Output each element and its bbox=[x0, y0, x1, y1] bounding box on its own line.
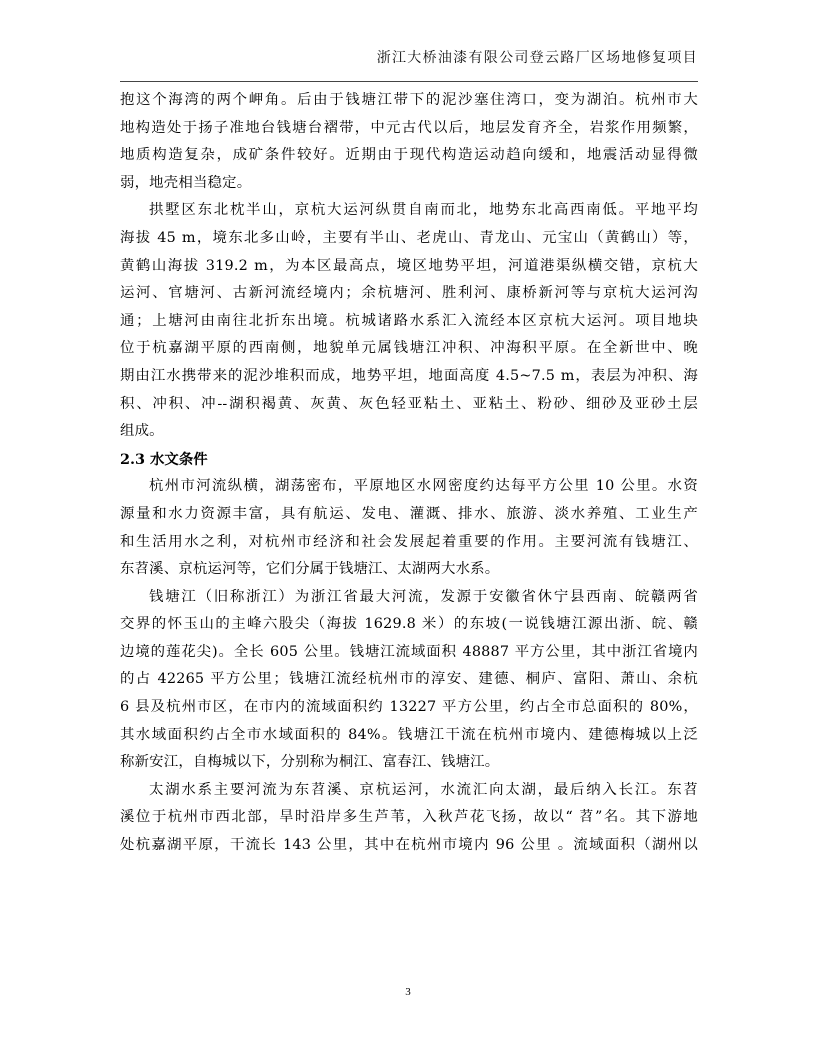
section-heading: 2.3 水文条件 bbox=[120, 446, 698, 474]
text-line: 交界的怀玉山的主峰六股尖（海拔 1629.8 米）的东坡(一说钱塘江源出浙、皖、… bbox=[120, 611, 698, 639]
running-header: 浙江大桥油漆有限公司登云路厂区场地修复项目 bbox=[120, 47, 698, 67]
text-line: 称新安江，自梅城以下，分别称为桐江、富春江、钱塘江。 bbox=[120, 749, 698, 777]
text-line: 弱，地壳相当稳定。 bbox=[120, 170, 698, 198]
text-line: 抱这个海湾的两个岬角。后由于钱塘江带下的泥沙塞住湾口，变为湖泊。杭州市大 bbox=[120, 87, 698, 115]
text-line: 地质构造复杂，成矿条件较好。近期由于现代构造运动趋向缓和，地震活动显得微 bbox=[120, 142, 698, 170]
text-line: 溪位于杭州市西北部，旱时沿岸多生芦苇，入秋芦花飞扬，故以“ 苕”名。其下游地 bbox=[120, 804, 698, 832]
text-line: 太湖水系主要河流为东苕溪、京杭运河，水流汇向太湖，最后纳入长江。东苕 bbox=[120, 777, 698, 805]
text-line: 期由江水携带来的泥沙堆积而成，地势平坦，地面高度 4.5~7.5 m，表层为冲积… bbox=[120, 363, 698, 391]
page-number: 3 bbox=[0, 986, 816, 998]
text-line: 运河、官塘河、古新河流经境内；余杭塘河、胜利河、康桥新河等与京杭大运河沟 bbox=[120, 280, 698, 308]
text-line: 地构造处于扬子准地台钱塘台褶带，中元古代以后，地层发育齐全，岩浆作用频繁， bbox=[120, 115, 698, 143]
paragraph: 杭州市河流纵横，湖荡密布，平原地区水网密度约达每平方公里 10 公里。水资 源量… bbox=[120, 473, 698, 583]
text-line: 钱塘江（旧称浙江）为浙江省最大河流，发源于安徽省休宁县西南、皖赣两省 bbox=[120, 584, 698, 612]
text-line: 的占 42265 平方公里；钱塘江流经杭州市的淳安、建德、桐庐、富阳、萧山、余杭 bbox=[120, 666, 698, 694]
text-line: 源量和水力资源丰富，具有航运、发电、灌溉、排水、旅游、淡水养殖、工业生产 bbox=[120, 501, 698, 529]
text-line: 处杭嘉湖平原，干流长 143 公里，其中在杭州市境内 96 公里 。流域面积（湖… bbox=[120, 832, 698, 860]
text-line: 组成。 bbox=[120, 418, 698, 446]
document-body: 抱这个海湾的两个岬角。后由于钱塘江带下的泥沙塞住湾口，变为湖泊。杭州市大 地构造… bbox=[120, 87, 698, 860]
paragraph: 拱墅区东北枕半山，京杭大运河纵贯自南而北，地势东北高西南低。平地平均 海拔 45… bbox=[120, 197, 698, 445]
text-line: 边境的莲花尖)。全长 605 公里。钱塘江流域面积 48887 平方公里，其中浙… bbox=[120, 639, 698, 667]
text-line: 6 县及杭州市区，在市内的流域面积约 13227 平方公里，约占全市总面积的 8… bbox=[120, 694, 698, 722]
text-line: 积、冲积、冲--湖积褐黄、灰黄、灰色轻亚粘土、亚粘土、粉砂、细砂及亚砂土层 bbox=[120, 391, 698, 419]
text-line: 海拔 45 m，境东北多山岭，主要有半山、老虎山、青龙山、元宝山（黄鹤山）等， bbox=[120, 225, 698, 253]
paragraph: 抱这个海湾的两个岬角。后由于钱塘江带下的泥沙塞住湾口，变为湖泊。杭州市大 地构造… bbox=[120, 87, 698, 197]
text-line: 位于杭嘉湖平原的西南侧，地貌单元属钱塘江冲积、冲海积平原。在全新世中、晚 bbox=[120, 335, 698, 363]
paragraph: 太湖水系主要河流为东苕溪、京杭运河，水流汇向太湖，最后纳入长江。东苕 溪位于杭州… bbox=[120, 777, 698, 860]
paragraph: 钱塘江（旧称浙江）为浙江省最大河流，发源于安徽省休宁县西南、皖赣两省 交界的怀玉… bbox=[120, 584, 698, 777]
text-line: 其水域面积约占全市水域面积的 84%。钱塘江干流在杭州市境内、建德梅城以上泛 bbox=[120, 722, 698, 750]
text-line: 东苕溪、京杭运河等，它们分属于钱塘江、太湖两大水系。 bbox=[120, 556, 698, 584]
header-rule bbox=[120, 81, 698, 82]
text-line: 黄鹤山海拔 319.2 m，为本区最高点，境区地势平坦，河道港渠纵横交错，京杭大 bbox=[120, 253, 698, 281]
text-line: 通；上塘河由南往北折东出境。杭城诸路水系汇入流经本区京杭大运河。项目地块 bbox=[120, 308, 698, 336]
text-line: 拱墅区东北枕半山，京杭大运河纵贯自南而北，地势东北高西南低。平地平均 bbox=[120, 197, 698, 225]
text-line: 杭州市河流纵横，湖荡密布，平原地区水网密度约达每平方公里 10 公里。水资 bbox=[120, 473, 698, 501]
text-line: 和生活用水之利，对杭州市经济和社会发展起着重要的作用。主要河流有钱塘江、 bbox=[120, 529, 698, 557]
